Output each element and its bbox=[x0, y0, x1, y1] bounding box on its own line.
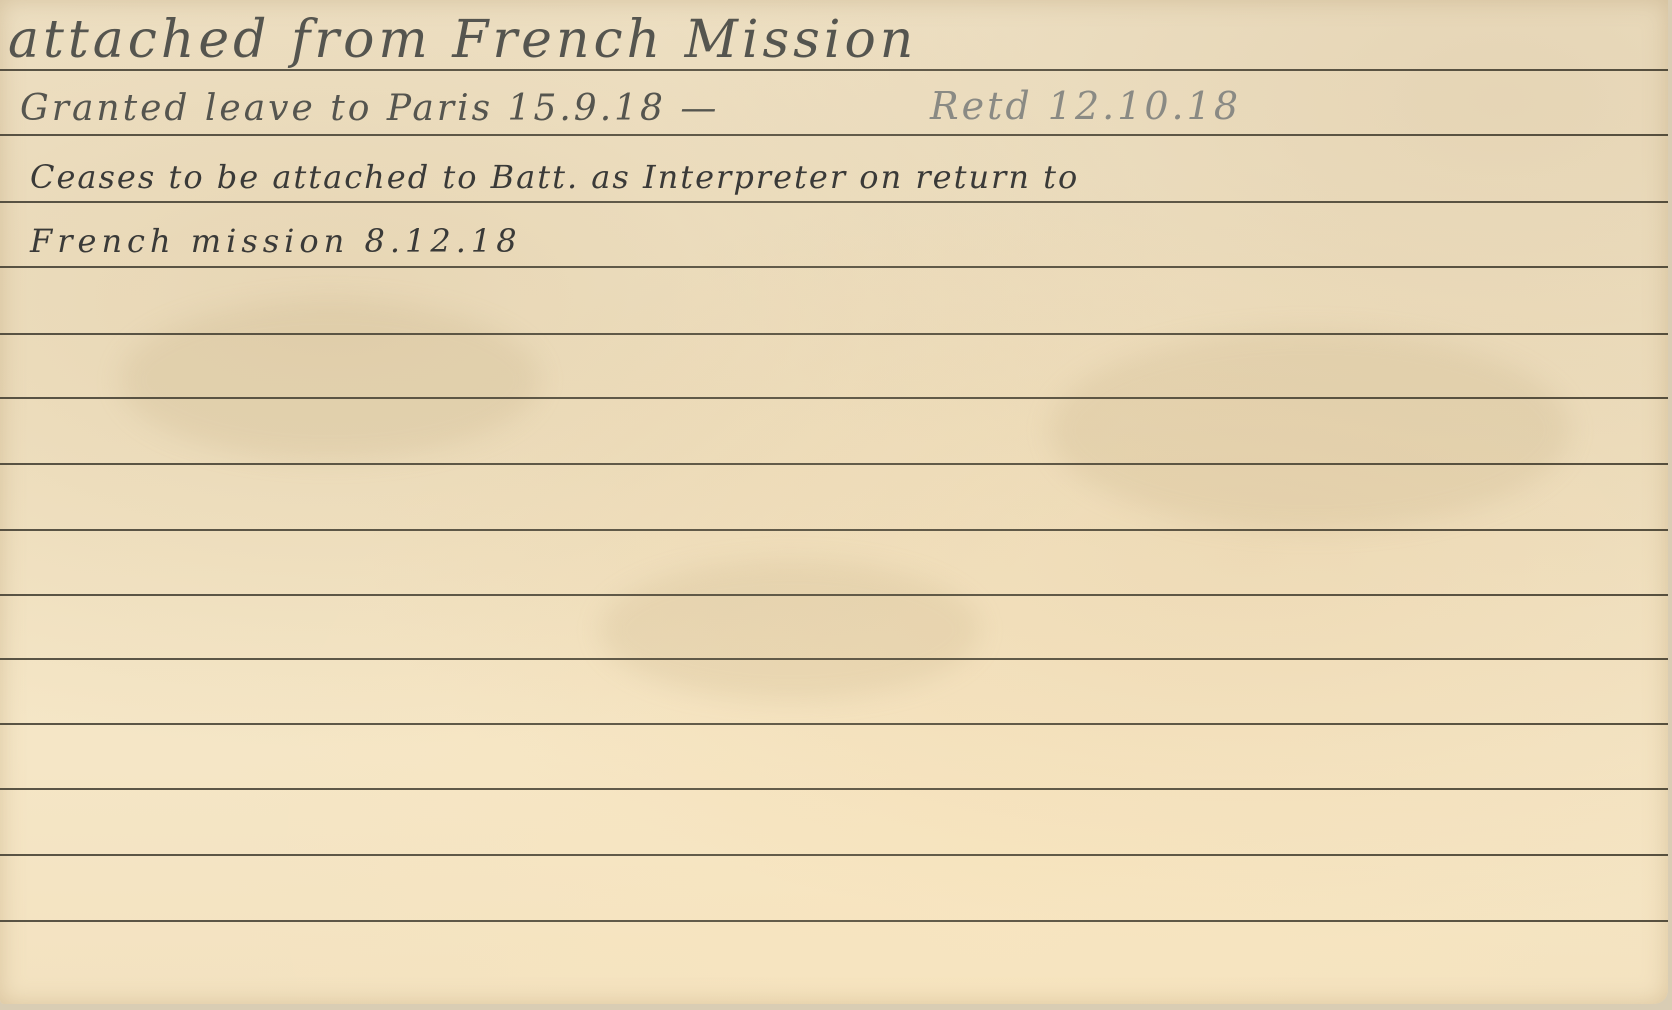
paper-stain bbox=[1050, 330, 1570, 530]
ruled-line bbox=[0, 134, 1668, 136]
ruled-line bbox=[0, 854, 1668, 856]
record-card: attached from French Mission Granted lea… bbox=[0, 0, 1668, 1004]
paper-stain bbox=[600, 560, 980, 700]
ruled-line bbox=[0, 788, 1668, 790]
ruled-line bbox=[0, 266, 1668, 268]
entry-returned-date: Retd 12.10.18 bbox=[930, 84, 1241, 128]
ruled-line bbox=[0, 529, 1668, 531]
entry-french-mission-date: French mission 8.12.18 bbox=[30, 222, 522, 260]
ruled-line bbox=[0, 723, 1668, 725]
entry-granted-leave: Granted leave to Paris 15.9.18 — bbox=[20, 88, 719, 129]
ruled-line bbox=[0, 658, 1668, 660]
ruled-line bbox=[0, 201, 1668, 203]
ruled-line bbox=[0, 397, 1668, 399]
paper-stain bbox=[120, 300, 540, 460]
entry-attached-from-french-mission: attached from French Mission bbox=[8, 10, 917, 70]
ruled-line bbox=[0, 333, 1668, 335]
ruled-line bbox=[0, 594, 1668, 596]
ruled-line bbox=[0, 463, 1668, 465]
entry-ceases-to-be-attached: Ceases to be attached to Batt. as Interp… bbox=[30, 158, 1079, 196]
ruled-line bbox=[0, 920, 1668, 922]
